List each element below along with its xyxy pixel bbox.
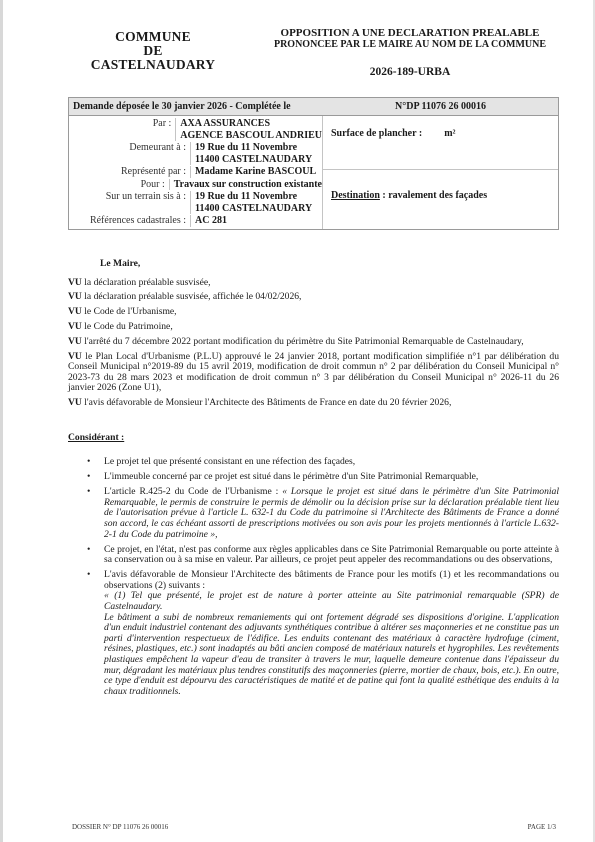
- label-terrain: Sur un terrain sis à :: [69, 191, 191, 214]
- submission-date: Demande déposée le 30 janvier 2026 - Com…: [69, 101, 323, 112]
- considerant-heading: Considérant :: [68, 433, 559, 444]
- row-pour: Pour : Travaux sur construction existant…: [69, 179, 322, 191]
- cadastral-reference: AC 281: [191, 215, 322, 227]
- considerant-item: Ce projet, en l'état, n'est pas conforme…: [104, 545, 559, 566]
- vu-item: VU la déclaration préalable susvisée,: [68, 278, 559, 289]
- label-represente: Représenté par :: [69, 166, 191, 178]
- page-footer: DOSSIER N° DP 11076 26 00016 PAGE 1/3: [72, 823, 556, 831]
- abf-quote-detail: Le bâtiment a subi de nombreux remanieme…: [104, 613, 559, 698]
- info-table-header: Demande déposée le 30 janvier 2026 - Com…: [69, 98, 558, 116]
- dp-number: N°DP 11076 26 00016: [323, 101, 558, 112]
- vu-item: VU le Code de l'Urbanisme,: [68, 307, 559, 318]
- label-demeurant: Demeurant à :: [69, 142, 191, 165]
- applicant-name: AXA ASSURANCES: [180, 118, 322, 130]
- row-demeurant: Demeurant à : 19 Rue du 11 Novembre 1140…: [69, 142, 322, 165]
- applicant-city: 11400 CASTELNAUDARY: [195, 154, 322, 166]
- works-type: Travaux sur construction existante: [170, 179, 322, 191]
- mayor-heading: Le Maire,: [68, 259, 559, 270]
- applicant-details: Par : AXA ASSURANCES AGENCE BASCOUL ANDR…: [69, 116, 323, 229]
- representative-name: Madame Karine BASCOUL: [191, 166, 322, 178]
- destination: Destination : ravalement des façades: [323, 170, 558, 229]
- considerant-item: L'article R.425-2 du Code de l'Urbanisme…: [104, 487, 559, 540]
- vu-item: VU l'avis défavorable de Monsieur l'Arch…: [68, 398, 559, 409]
- label-pour: Pour :: [69, 179, 170, 191]
- document-subtitle: PRONONCEE PAR LE MAIRE AU NOM DE LA COMM…: [245, 39, 575, 50]
- considerant-item: Le projet tel que présenté consistant en…: [104, 457, 559, 468]
- site-street: 19 Rue du 11 Novembre: [195, 191, 322, 203]
- commune-line-3: CASTELNAUDARY: [88, 58, 218, 72]
- commune-line-1: COMMUNE: [88, 30, 218, 44]
- floor-area: Surface de plancher :m²: [323, 116, 558, 170]
- vu-item: VU le Code du Patrimoine,: [68, 322, 559, 333]
- abf-quote-reason: « (1) Tel que présenté, le projet est de…: [104, 591, 559, 612]
- row-terrain: Sur un terrain sis à : 19 Rue du 11 Nove…: [69, 191, 322, 214]
- commune-line-2: DE: [88, 44, 218, 58]
- document-title-block: OPPOSITION A UNE DECLARATION PREALABLE P…: [245, 27, 575, 78]
- document-title: OPPOSITION A UNE DECLARATION PREALABLE: [245, 27, 575, 39]
- floor-area-unit: m²: [444, 128, 455, 139]
- row-represente: Représenté par : Madame Karine BASCOUL: [69, 166, 322, 178]
- vu-item: VU l'arrêté du 7 décembre 2022 portant m…: [68, 337, 559, 348]
- floor-area-label: Surface de plancher :: [331, 128, 422, 139]
- considerant-item: L'avis défavorable de Monsieur l'Archite…: [104, 570, 559, 697]
- considerant-list: Le projet tel que présenté consistant en…: [68, 457, 559, 697]
- destination-value: : ravalement des façades: [380, 190, 487, 201]
- document-reference: 2026-189-URBA: [245, 66, 575, 78]
- footer-dossier-number: DOSSIER N° DP 11076 26 00016: [72, 823, 168, 831]
- label-par: Par :: [69, 118, 176, 141]
- row-par: Par : AXA ASSURANCES AGENCE BASCOUL ANDR…: [69, 118, 322, 141]
- application-info-table: Demande déposée le 30 janvier 2026 - Com…: [68, 97, 559, 230]
- decision-body: Le Maire, VU la déclaration préalable su…: [68, 259, 559, 702]
- applicant-street: 19 Rue du 11 Novembre: [195, 142, 322, 154]
- site-city: 11400 CASTELNAUDARY: [195, 203, 322, 215]
- page-edge-left: [0, 0, 3, 842]
- label-cadastre: Références cadastrales :: [69, 215, 191, 227]
- applicant-agency: AGENCE BASCOUL ANDRIEU: [180, 130, 322, 142]
- row-cadastre: Références cadastrales : AC 281: [69, 215, 322, 227]
- considerant-item: L'immeuble concerné par ce projet est si…: [104, 472, 559, 483]
- footer-page-number: PAGE 1/3: [528, 823, 556, 831]
- destination-label: Destination: [331, 190, 380, 201]
- vu-item: VU le Plan Local d'Urbanisme (P.L.U) app…: [68, 352, 559, 394]
- vu-item: VU la déclaration préalable susvisée, af…: [68, 292, 559, 303]
- commune-header: COMMUNE DE CASTELNAUDARY: [88, 30, 218, 72]
